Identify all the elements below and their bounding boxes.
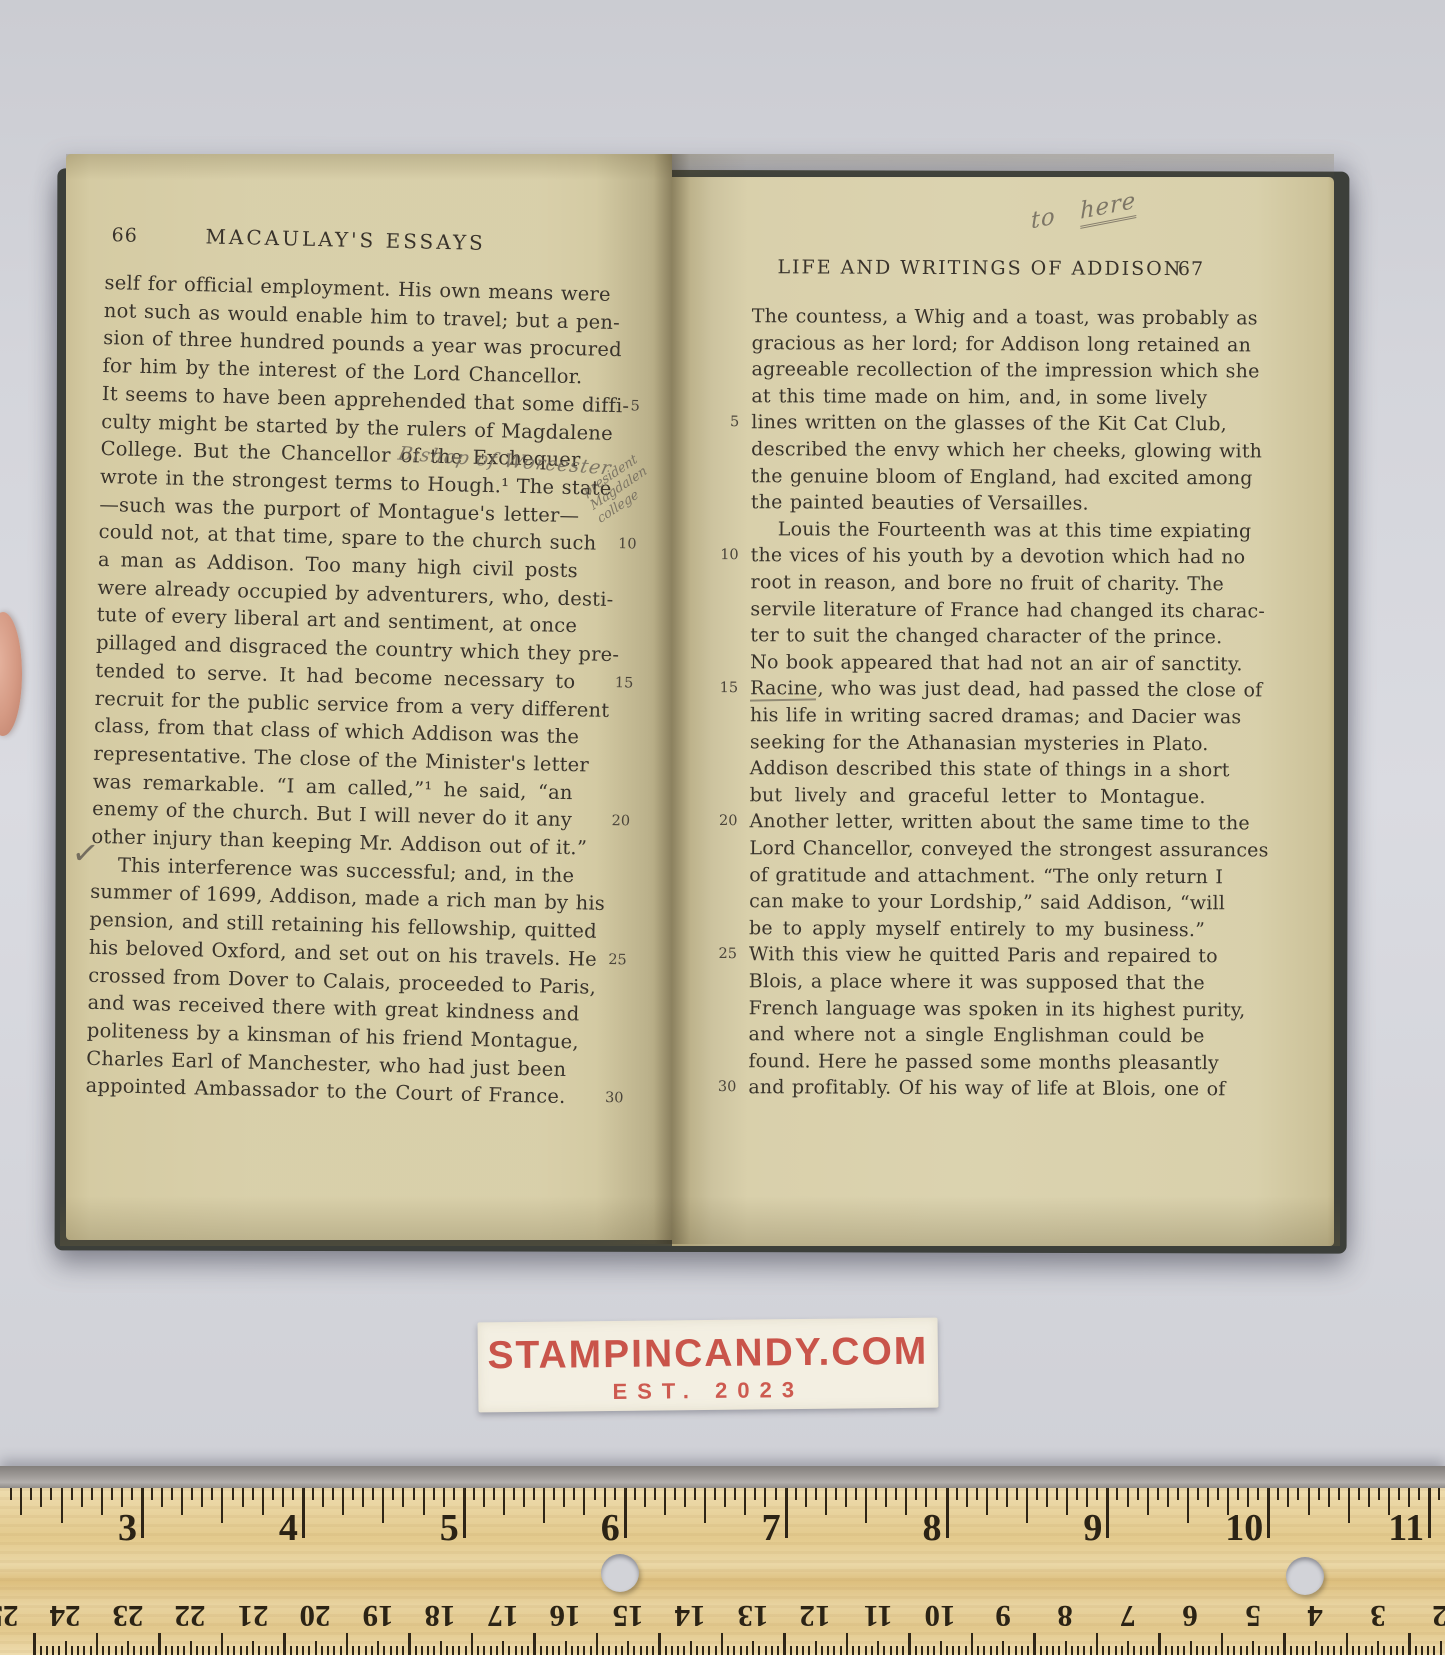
mm-tick <box>152 1646 154 1655</box>
inch-tick <box>1237 1488 1239 1500</box>
inch-number: 4 <box>254 1506 298 1550</box>
mm-tick <box>1021 1646 1023 1655</box>
cm-number: 7 <box>1106 1598 1150 1634</box>
mm-tick <box>1283 1633 1286 1655</box>
mm-tick <box>233 1646 235 1655</box>
inch-tick <box>372 1488 374 1500</box>
inch-tick <box>1338 1488 1340 1500</box>
mm-tick <box>1152 1646 1154 1655</box>
text-line: Lord Chancellor, conveyed the strongest … <box>749 835 1205 864</box>
mm-tick <box>352 1646 354 1655</box>
inch-tick <box>171 1488 173 1500</box>
text-line: No book appeared that had not an air of … <box>750 649 1206 678</box>
mm-tick <box>1371 1646 1373 1655</box>
inch-tick <box>1428 1488 1431 1538</box>
mm-tick <box>196 1646 198 1655</box>
cm-number: 9 <box>981 1598 1025 1634</box>
mm-tick <box>1102 1646 1104 1655</box>
inch-tick <box>40 1488 42 1507</box>
mm-tick <box>983 1646 985 1655</box>
inch-tick <box>1368 1488 1370 1507</box>
inch-tick <box>1398 1488 1400 1500</box>
margin-line-number: 5 <box>612 398 640 415</box>
mm-tick <box>1177 1646 1179 1655</box>
mm-tick <box>1165 1646 1167 1655</box>
inch-tick <box>634 1488 636 1500</box>
inch-tick <box>966 1488 968 1507</box>
cm-number: 19 <box>356 1598 400 1634</box>
mm-tick <box>177 1646 179 1655</box>
text-line: his life in writing sacred dramas; and D… <box>750 702 1206 731</box>
inch-tick <box>935 1488 937 1500</box>
inch-tick <box>1408 1488 1410 1507</box>
mm-tick <box>1065 1641 1067 1655</box>
mm-tick <box>796 1646 798 1655</box>
ruler-hole-right <box>1286 1557 1324 1595</box>
inch-tick <box>483 1488 485 1507</box>
sticker-subtitle: EST. 2023 <box>478 1376 938 1407</box>
inch-tick <box>624 1488 627 1538</box>
mm-tick <box>1296 1646 1298 1655</box>
inch-tick <box>704 1488 706 1523</box>
text-line: root in reason, and bore no fruit of cha… <box>750 569 1206 598</box>
inch-tick <box>221 1488 223 1523</box>
inch-tick <box>1308 1488 1310 1515</box>
mm-tick <box>277 1646 279 1655</box>
mm-tick <box>583 1646 585 1655</box>
mm-tick <box>533 1633 536 1655</box>
inch-tick <box>573 1488 575 1500</box>
mm-tick <box>121 1646 123 1655</box>
inch-tick <box>352 1488 354 1500</box>
inch-tick <box>1267 1488 1270 1538</box>
mm-tick <box>102 1646 104 1655</box>
mm-tick <box>146 1646 148 1655</box>
photo-of-open-book: 66 MACAULAY'S ESSAYS self for official e… <box>0 0 1445 1655</box>
inch-tick <box>131 1488 133 1500</box>
inch-tick <box>674 1488 676 1500</box>
inch-tick <box>654 1488 656 1500</box>
mm-tick <box>127 1641 129 1655</box>
margin-line-number: 25 <box>709 946 737 962</box>
text-line: ter to suit the changed character of the… <box>750 622 1206 651</box>
inch-tick <box>20 1488 22 1515</box>
inch-tick <box>805 1488 807 1507</box>
inch-tick <box>161 1488 163 1507</box>
mm-tick <box>396 1646 398 1655</box>
mm-tick <box>40 1646 42 1655</box>
mm-tick <box>608 1646 610 1655</box>
mm-tick <box>990 1646 992 1655</box>
cm-number: 25 <box>0 1598 25 1634</box>
mm-tick <box>1427 1646 1429 1655</box>
inch-tick <box>332 1488 334 1500</box>
text-line: The countess, a Whig and a toast, was pr… <box>752 303 1208 332</box>
mm-tick <box>540 1646 542 1655</box>
mm-tick <box>208 1646 210 1655</box>
mm-tick <box>840 1646 842 1655</box>
mm-tick <box>1202 1646 1204 1655</box>
mm-tick <box>52 1646 54 1655</box>
mm-tick <box>921 1646 923 1655</box>
mm-tick <box>1421 1646 1423 1655</box>
text-line: French language was spoken in its highes… <box>749 995 1205 1024</box>
inch-tick <box>61 1488 63 1523</box>
mm-tick <box>283 1633 286 1655</box>
inch-tick <box>614 1488 616 1500</box>
text-line: servile literature of France had changed… <box>750 596 1206 625</box>
inch-tick <box>1006 1488 1008 1507</box>
mm-tick <box>415 1646 417 1655</box>
text-line: the genuine bloom of England, had excite… <box>751 463 1207 492</box>
mm-tick <box>1158 1633 1161 1655</box>
mm-tick <box>546 1646 548 1655</box>
inch-tick <box>50 1488 52 1500</box>
text-line: found. Here he passed some months pleasa… <box>748 1048 1204 1077</box>
inch-number: 6 <box>576 1506 620 1550</box>
mm-tick <box>1040 1646 1042 1655</box>
mm-tick <box>1227 1646 1229 1655</box>
mm-tick <box>865 1646 867 1655</box>
mm-tick <box>1090 1646 1092 1655</box>
cm-number: 8 <box>1043 1598 1087 1634</box>
inch-tick <box>644 1488 646 1507</box>
margin-line-number: 30 <box>708 1079 736 1095</box>
text-line: gracious as her lord; for Addison long r… <box>752 330 1208 359</box>
mm-tick <box>465 1646 467 1655</box>
mm-tick <box>552 1646 554 1655</box>
mm-tick <box>1265 1646 1267 1655</box>
mm-tick <box>165 1646 167 1655</box>
mm-tick <box>1052 1646 1054 1655</box>
inch-tick <box>292 1488 294 1500</box>
inch-tick <box>503 1488 505 1515</box>
inch-tick <box>785 1488 788 1538</box>
mm-tick <box>615 1646 617 1655</box>
inch-tick <box>493 1488 495 1500</box>
inch-tick <box>664 1488 666 1515</box>
cm-number: 11 <box>856 1598 900 1634</box>
mm-tick <box>1321 1646 1323 1655</box>
mm-tick <box>902 1646 904 1655</box>
mm-tick <box>746 1646 748 1655</box>
mm-tick <box>421 1646 423 1655</box>
mm-tick <box>1240 1646 1242 1655</box>
mm-tick <box>427 1646 429 1655</box>
mm-tick <box>1277 1646 1279 1655</box>
mm-tick <box>1315 1641 1317 1655</box>
mm-tick <box>1033 1633 1036 1655</box>
mm-tick <box>765 1646 767 1655</box>
mm-tick <box>715 1646 717 1655</box>
inch-tick <box>895 1488 897 1500</box>
mm-tick <box>90 1646 92 1655</box>
inch-tick <box>272 1488 274 1500</box>
inch-tick <box>433 1488 435 1500</box>
inch-tick <box>282 1488 284 1507</box>
inch-number: 10 <box>1219 1506 1263 1550</box>
mm-tick <box>1008 1646 1010 1655</box>
inch-tick <box>825 1488 827 1515</box>
inch-tick <box>1016 1488 1018 1500</box>
mm-tick <box>1096 1633 1099 1655</box>
text-line: the vices of his youth by a devotion whi… <box>751 543 1207 572</box>
mm-tick <box>308 1646 310 1655</box>
mm-tick <box>640 1646 642 1655</box>
mm-tick <box>440 1641 442 1655</box>
running-header: LIFE AND WRITINGS OF ADDISON <box>752 256 1208 280</box>
inch-tick <box>523 1488 525 1507</box>
mm-tick <box>1115 1646 1117 1655</box>
inch-tick <box>1026 1488 1028 1523</box>
mm-tick <box>1246 1646 1248 1655</box>
mm-tick <box>446 1646 448 1655</box>
inch-tick <box>392 1488 394 1500</box>
mm-tick <box>808 1646 810 1655</box>
mm-tick <box>665 1646 667 1655</box>
text-line: described the envy which her cheeks, glo… <box>751 436 1207 465</box>
inch-tick <box>594 1488 596 1500</box>
mm-tick <box>721 1633 724 1655</box>
text-line: With this view he quitted Paris and repa… <box>749 942 1205 971</box>
inch-tick <box>232 1488 234 1500</box>
inch-tick <box>1096 1488 1098 1500</box>
inch-tick <box>1167 1488 1169 1507</box>
mm-tick <box>815 1641 817 1655</box>
mm-tick <box>296 1646 298 1655</box>
cm-number: 15 <box>606 1598 650 1634</box>
mm-tick <box>677 1646 679 1655</box>
ruler-metal-edge <box>0 1466 1445 1488</box>
inch-tick <box>835 1488 837 1500</box>
cm-number: 14 <box>668 1598 712 1634</box>
inch-tick <box>1207 1488 1209 1507</box>
cm-number: 2 <box>1418 1598 1445 1634</box>
mm-tick <box>1377 1641 1379 1655</box>
mm-tick <box>490 1646 492 1655</box>
inch-tick <box>1277 1488 1279 1500</box>
mm-tick <box>58 1646 60 1655</box>
mm-tick <box>390 1646 392 1655</box>
margin-line-number: 15 <box>710 680 738 696</box>
inch-tick <box>463 1488 466 1538</box>
mm-tick <box>71 1646 73 1655</box>
inch-tick <box>795 1488 797 1500</box>
mm-tick <box>596 1633 599 1655</box>
mm-tick <box>271 1646 273 1655</box>
mm-tick <box>377 1641 379 1655</box>
inch-tick <box>976 1488 978 1500</box>
inch-tick <box>1247 1488 1249 1507</box>
text-line: Blois, a place where it was supposed tha… <box>749 968 1205 997</box>
mm-tick <box>1271 1646 1273 1655</box>
mm-tick <box>1358 1646 1360 1655</box>
mm-tick <box>1408 1633 1411 1655</box>
mm-tick <box>508 1646 510 1655</box>
mm-tick <box>1340 1646 1342 1655</box>
mm-tick <box>1327 1646 1329 1655</box>
mm-tick <box>590 1646 592 1655</box>
mm-tick <box>846 1633 849 1655</box>
mm-tick <box>527 1646 529 1655</box>
inch-tick <box>1086 1488 1088 1507</box>
mm-tick <box>1308 1646 1310 1655</box>
mm-tick <box>1233 1646 1235 1655</box>
mm-tick <box>315 1641 317 1655</box>
mm-tick <box>696 1646 698 1655</box>
page-number: 67 <box>1178 258 1204 280</box>
mm-tick <box>558 1646 560 1655</box>
inch-tick <box>956 1488 958 1500</box>
mm-tick <box>383 1646 385 1655</box>
mm-tick <box>896 1646 898 1655</box>
inch-tick <box>855 1488 857 1500</box>
mm-tick <box>646 1646 648 1655</box>
mm-tick <box>1415 1646 1417 1655</box>
mm-tick <box>327 1646 329 1655</box>
mm-tick <box>602 1646 604 1655</box>
inch-tick <box>1046 1488 1048 1507</box>
inch-number: 7 <box>737 1506 781 1550</box>
inch-tick <box>775 1488 777 1500</box>
mm-tick <box>890 1646 892 1655</box>
inch-tick <box>81 1488 83 1507</box>
mm-tick <box>1390 1646 1392 1655</box>
inch-tick <box>865 1488 867 1523</box>
cm-number: 4 <box>1293 1598 1337 1634</box>
cm-number: 21 <box>231 1598 275 1634</box>
mm-tick <box>1258 1646 1260 1655</box>
mm-tick <box>752 1641 754 1655</box>
mm-tick <box>340 1646 342 1655</box>
mm-tick <box>627 1641 629 1655</box>
sticker-title: STAMPINCANDY.COM <box>478 1330 938 1379</box>
inch-tick <box>1177 1488 1179 1500</box>
mm-tick <box>1290 1646 1292 1655</box>
mm-tick <box>215 1646 217 1655</box>
mm-tick <box>1208 1646 1210 1655</box>
inch-tick <box>91 1488 93 1500</box>
inch-tick <box>986 1488 988 1515</box>
cm-number: 23 <box>106 1598 150 1634</box>
mm-tick <box>821 1646 823 1655</box>
mm-tick <box>171 1646 173 1655</box>
mm-tick <box>258 1646 260 1655</box>
mm-tick <box>727 1646 729 1655</box>
mm-tick <box>883 1646 885 1655</box>
left-page-text: 66 MACAULAY'S ESSAYS self for official e… <box>84 222 640 1174</box>
inch-tick <box>925 1488 927 1507</box>
inch-tick <box>734 1488 736 1500</box>
mm-tick <box>96 1633 99 1655</box>
text-line: but lively and graceful letter to Montag… <box>750 782 1206 811</box>
inch-tick <box>885 1488 887 1507</box>
inch-tick <box>71 1488 73 1500</box>
cm-number: 22 <box>168 1598 212 1634</box>
mm-tick <box>365 1646 367 1655</box>
mm-tick <box>227 1646 229 1655</box>
inch-tick <box>211 1488 213 1500</box>
inch-tick <box>1257 1488 1259 1500</box>
text-line: and where not a single Englishman could … <box>749 1021 1205 1050</box>
inch-tick <box>1358 1488 1360 1500</box>
inch-tick <box>1137 1488 1139 1500</box>
mm-tick <box>452 1646 454 1655</box>
margin-line-number: 20 <box>709 813 737 829</box>
mm-tick <box>252 1641 254 1655</box>
mm-tick <box>1108 1646 1110 1655</box>
cm-number: 13 <box>731 1598 775 1634</box>
mm-tick <box>1058 1646 1060 1655</box>
mm-tick <box>771 1646 773 1655</box>
mm-tick <box>1383 1646 1385 1655</box>
mm-tick <box>571 1646 573 1655</box>
mm-tick <box>83 1646 85 1655</box>
mm-tick <box>565 1641 567 1655</box>
mm-tick <box>940 1641 942 1655</box>
mm-tick <box>265 1646 267 1655</box>
mm-tick <box>221 1633 224 1655</box>
inch-tick <box>946 1488 949 1538</box>
inch-tick <box>191 1488 193 1500</box>
wooden-ruler: 3456789101125242322212019181716151413121… <box>0 1466 1445 1655</box>
inch-tick <box>1157 1488 1159 1500</box>
inch-tick <box>312 1488 314 1500</box>
mm-tick <box>246 1646 248 1655</box>
watermark-sticker: STAMPINCANDY.COM EST. 2023 <box>478 1318 939 1413</box>
mm-tick <box>1252 1641 1254 1655</box>
inch-tick <box>543 1488 545 1523</box>
inch-tick <box>1116 1488 1118 1500</box>
inch-number: 3 <box>93 1506 137 1550</box>
mm-tick <box>690 1641 692 1655</box>
mm-tick <box>708 1646 710 1655</box>
mm-tick <box>483 1646 485 1655</box>
inch-tick <box>362 1488 364 1507</box>
inch-tick <box>151 1488 153 1500</box>
inch-tick <box>1127 1488 1129 1507</box>
cm-number: 18 <box>418 1598 462 1634</box>
mm-tick <box>683 1646 685 1655</box>
cm-number: 24 <box>43 1598 87 1634</box>
text-line: be to apply myself entirely to my busine… <box>749 915 1205 944</box>
mm-tick <box>1302 1646 1304 1655</box>
mm-tick <box>108 1646 110 1655</box>
mm-tick <box>1002 1641 1004 1655</box>
mm-tick <box>790 1646 792 1655</box>
inch-tick <box>473 1488 475 1500</box>
mm-tick <box>1077 1646 1079 1655</box>
inch-tick <box>563 1488 565 1507</box>
inch-tick <box>342 1488 344 1515</box>
mm-tick <box>702 1646 704 1655</box>
inch-tick <box>845 1488 847 1507</box>
mm-tick <box>1121 1646 1123 1655</box>
inch-tick <box>1318 1488 1320 1500</box>
cm-number: 5 <box>1231 1598 1275 1634</box>
mm-tick <box>133 1646 135 1655</box>
mm-tick <box>658 1633 661 1655</box>
ruler-hole-left <box>601 1554 639 1592</box>
inch-tick <box>242 1488 244 1507</box>
mm-tick <box>827 1646 829 1655</box>
inch-tick <box>1076 1488 1078 1500</box>
right-page-text: LIFE AND WRITINGS OF ADDISON 67 The coun… <box>702 252 1226 1154</box>
inch-tick <box>724 1488 726 1507</box>
inch-tick <box>121 1488 123 1507</box>
mm-tick <box>190 1641 192 1655</box>
mm-tick <box>652 1646 654 1655</box>
